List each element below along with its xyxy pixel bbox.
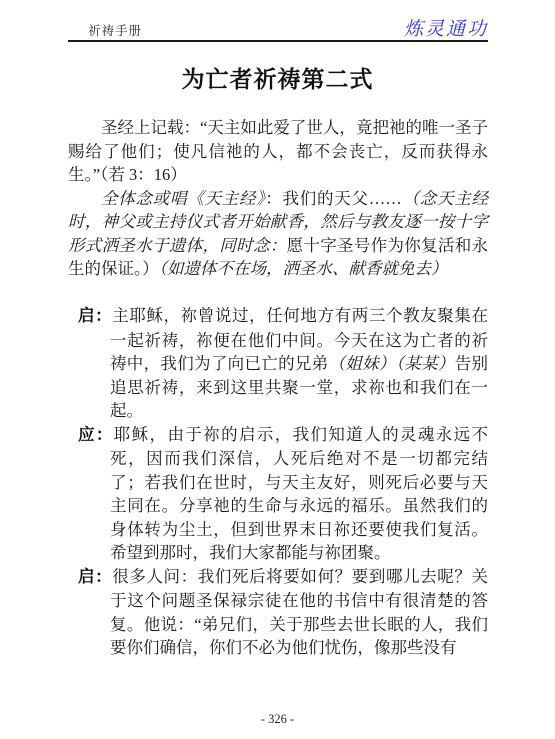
header-book-title: 祈祷手册 [88,21,142,42]
rubric-segment: ：我们的天父…… [265,189,402,208]
paragraph-rubric: 全体念或唱《天主经》：我们的天父……（念天主经时，神父或主持仪式者开始献香，然后… [68,187,488,281]
body-text: 圣经上记载：“天主如此爱了世人，竟把祂的唯一圣子赐给了他们；使凡信祂的人，都不会… [68,116,488,660]
versicle-section-1: 启：主耶稣，祢曾说过，任何地方有两三个教友聚集在一起祈祷，祢便在他们中间。今天在… [68,304,488,423]
page-title: 为亡者祈祷第二式 [0,61,555,94]
versicle-label: 启： [78,568,112,586]
scripture-text: 圣经上记载：“天主如此爱了世人，竟把祂的唯一圣子赐给了他们；使凡信祂的人，都不会… [68,118,488,184]
page-header: 祈祷手册 炼灵通功 [68,14,488,42]
response-text: 耶稣，由于祢的启示，我们知道人的灵魂永远不死，因而我们深信，人死后绝对不是一切都… [110,425,488,563]
page-number: - 326 - [0,712,555,727]
response-label: 应： [78,426,114,444]
versicle-text: 很多人问：我们死后将要如何？要到哪儿去呢？关于这个问题圣保禄宗徒在他的书信中有很… [110,567,488,658]
rubric-segment: 全体念或唱《天主经》 [101,189,265,208]
response-section: 应：耶稣，由于祢的启示，我们知道人的灵魂永远不死，因而我们深信，人死后绝对不是一… [68,423,488,565]
header-section-title: 炼灵通功 [404,14,488,42]
versicle-section-2: 启：很多人问：我们死后将要如何？要到哪儿去呢？关于这个问题圣保禄宗徒在他的书信中… [68,565,488,660]
header-divider [68,40,488,42]
document-page: 祈祷手册 炼灵通功 为亡者祈祷第二式 圣经上记载：“天主如此爱了世人，竟把祂的唯… [0,0,555,739]
versicle-label: 启： [78,307,112,325]
paragraph-scripture: 圣经上记载：“天主如此爱了世人，竟把祂的唯一圣子赐给了他们；使凡信祂的人，都不会… [68,116,488,187]
rubric-segment: （如遗体不在场，洒圣水、献香就免去） [159,259,448,278]
versicle-text-kai: （姐妹）（某某） [329,354,455,373]
